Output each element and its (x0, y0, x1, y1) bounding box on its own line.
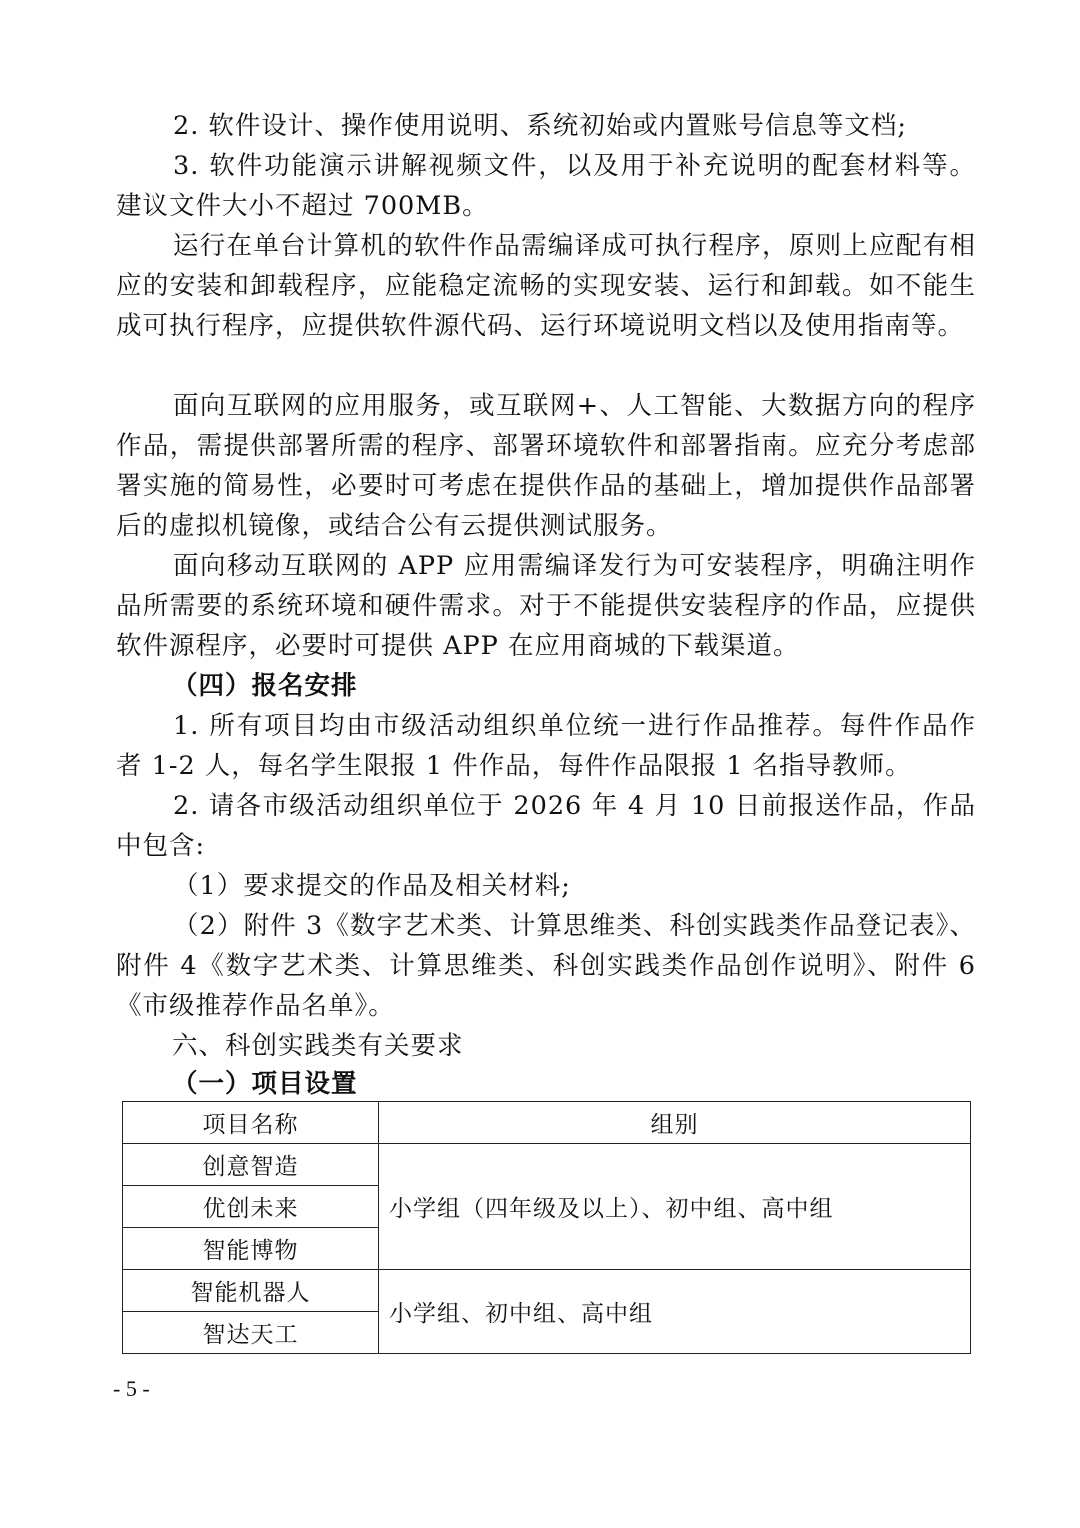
paragraph-executable-program: 运行在单台计算机的软件作品需编译成可执行程序，原则上应配有相应的安装和卸载程序，… (116, 226, 976, 346)
registration-subitem-1: （1）要求提交的作品及相关材料; (116, 866, 976, 906)
project-settings-table: 项目名称 组别 创意智造 小学组（四年级及以上）、初中组、高中组 优创未来 智能… (122, 1101, 971, 1354)
project-name-cell: 创意智造 (123, 1144, 379, 1186)
group-cell-merged-2: 小学组、初中组、高中组 (379, 1270, 971, 1354)
section-heading-six: 六、科创实践类有关要求 (172, 1026, 1032, 1066)
group-cell-merged-1: 小学组（四年级及以上）、初中组、高中组 (379, 1144, 971, 1270)
document-page: 2. 软件设计、操作使用说明、系统初始或内置账号信息等文档; 3. 软件功能演示… (0, 0, 1080, 1528)
registration-item-2: 2. 请各市级活动组织单位于 2026 年 4 月 10 日前报送作品，作品中包… (116, 786, 976, 866)
project-name-cell: 优创未来 (123, 1186, 379, 1228)
registration-item-1: 1. 所有项目均由市级活动组织单位统一进行作品推荐。每件作品作者 1-2 人，每… (116, 706, 976, 786)
table-row: 创意智造 小学组（四年级及以上）、初中组、高中组 (123, 1144, 971, 1186)
table-header-row: 项目名称 组别 (123, 1102, 971, 1144)
paragraph-software-docs: 2. 软件设计、操作使用说明、系统初始或内置账号信息等文档; (116, 106, 976, 146)
project-name-cell: 智能机器人 (123, 1270, 379, 1312)
paragraph-mobile-app: 面向移动互联网的 APP 应用需编译发行为可安装程序，明确注明作品所需要的系统环… (116, 546, 976, 666)
paragraph-internet-services: 面向互联网的应用服务，或互联网+、人工智能、大数据方向的程序作品，需提供部署所需… (116, 386, 976, 546)
section-heading-registration: （四）报名安排 (172, 666, 1032, 706)
header-group: 组别 (379, 1102, 971, 1144)
subsection-heading-project-settings: （一）项目设置 (172, 1064, 1032, 1104)
table-row: 智能机器人 小学组、初中组、高中组 (123, 1270, 971, 1312)
header-project-name: 项目名称 (123, 1102, 379, 1144)
project-name-cell: 智能博物 (123, 1228, 379, 1270)
registration-subitem-2: （2）附件 3《数字艺术类、计算思维类、科创实践类作品登记表》、附件 4《数字艺… (116, 906, 976, 1026)
paragraph-demo-video: 3. 软件功能演示讲解视频文件，以及用于补充说明的配套材料等。建议文件大小不超过… (116, 146, 976, 226)
project-name-cell: 智达天工 (123, 1312, 379, 1354)
page-number: - 5 - (113, 1376, 150, 1402)
